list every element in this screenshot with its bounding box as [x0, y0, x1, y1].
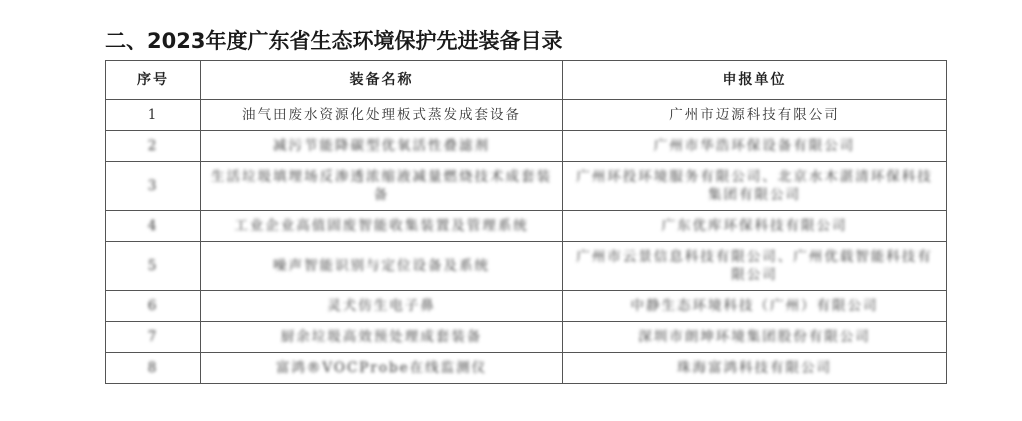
header-equipment-name: 装备名称 [201, 61, 563, 100]
cell-serial-number: 1 [106, 100, 201, 131]
cell-serial-number: 6 [106, 291, 201, 322]
cell-applicant-unit: 珠海富鸿科技有限公司 [563, 353, 947, 384]
cell-equipment-name: 生活垃圾填埋场反渗透浓缩液减量燃烧技术成套装备 [201, 162, 563, 211]
cell-serial-number: 8 [106, 353, 201, 384]
cell-serial-number: 2 [106, 131, 201, 162]
cell-equipment-name: 油气田废水资源化处理板式蒸发成套设备 [201, 100, 563, 131]
cell-equipment-name: 减污节能降碳型优氧活性叠滤剂 [201, 131, 563, 162]
cell-equipment-name: 噪声智能识别与定位设备及系统 [201, 242, 563, 291]
cell-equipment-name: 灵犬仿生电子鼻 [201, 291, 563, 322]
table-row: 5 噪声智能识别与定位设备及系统 广州市云景信息科技有限公司、广州优载智能科技有… [106, 242, 947, 291]
cell-serial-number: 7 [106, 322, 201, 353]
header-applicant-unit: 申报单位 [563, 61, 947, 100]
table-row: 2 减污节能降碳型优氧活性叠滤剂 广州市华浩环保设备有限公司 [106, 131, 947, 162]
cell-applicant-unit: 广东优库环保科技有限公司 [563, 211, 947, 242]
table-row: 1 油气田废水资源化处理板式蒸发成套设备 广州市迈源科技有限公司 [106, 100, 947, 131]
cell-serial-number: 4 [106, 211, 201, 242]
equipment-catalog-table: 序号 装备名称 申报单位 1 油气田废水资源化处理板式蒸发成套设备 广州市迈源科… [105, 60, 947, 384]
cell-applicant-unit: 深圳市朗坤环境集团股份有限公司 [563, 322, 947, 353]
cell-applicant-unit: 广州市迈源科技有限公司 [563, 100, 947, 131]
cell-applicant-unit: 中静生态环境科技（广州）有限公司 [563, 291, 947, 322]
cell-serial-number: 3 [106, 162, 201, 211]
cell-applicant-unit: 广州市华浩环保设备有限公司 [563, 131, 947, 162]
table-header-row: 序号 装备名称 申报单位 [106, 61, 947, 100]
cell-serial-number: 5 [106, 242, 201, 291]
cell-equipment-name: 富鸿®VOCProbe在线监测仪 [201, 353, 563, 384]
table-row: 6 灵犬仿生电子鼻 中静生态环境科技（广州）有限公司 [106, 291, 947, 322]
cell-equipment-name: 厨余垃圾高效预处理成套装备 [201, 322, 563, 353]
cell-applicant-unit: 广州环投环境服务有限公司、北京水木湛清环保科技集团有限公司 [563, 162, 947, 211]
table-row: 8 富鸿®VOCProbe在线监测仪 珠海富鸿科技有限公司 [106, 353, 947, 384]
cell-applicant-unit: 广州市云景信息科技有限公司、广州优载智能科技有限公司 [563, 242, 947, 291]
document-title: 二、2023年度广东省生态环境保护先进装备目录 [105, 27, 562, 55]
cell-equipment-name: 工业企业高值固废智能收集装置及管理系统 [201, 211, 563, 242]
table-row: 3 生活垃圾填埋场反渗透浓缩液减量燃烧技术成套装备 广州环投环境服务有限公司、北… [106, 162, 947, 211]
table-row: 7 厨余垃圾高效预处理成套装备 深圳市朗坤环境集团股份有限公司 [106, 322, 947, 353]
header-serial-number: 序号 [106, 61, 201, 100]
table-row: 4 工业企业高值固废智能收集装置及管理系统 广东优库环保科技有限公司 [106, 211, 947, 242]
